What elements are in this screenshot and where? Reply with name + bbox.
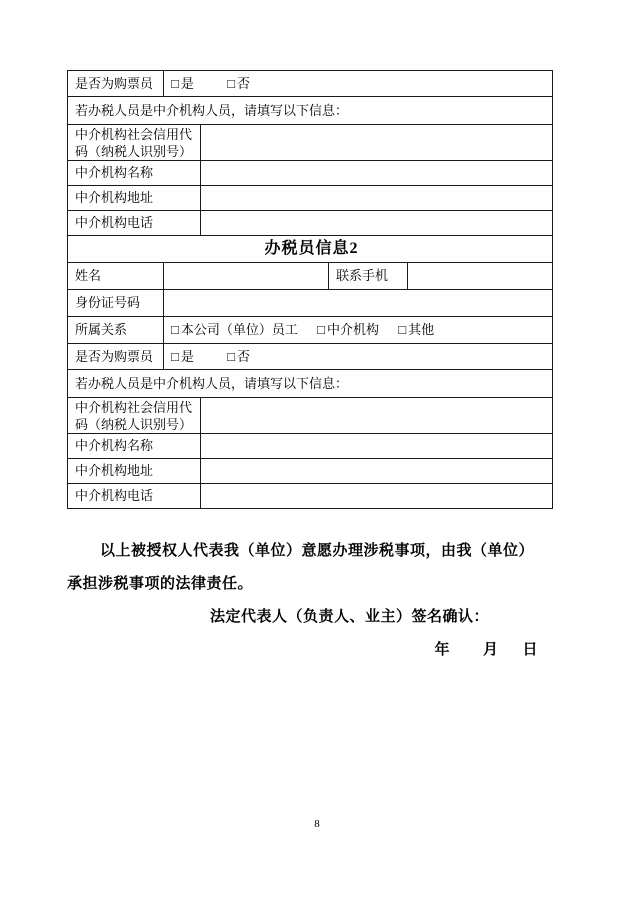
table-row: 姓名 联系手机 [68, 263, 553, 290]
mobile-input[interactable] [408, 263, 553, 290]
ticket-buyer-option-no[interactable]: □否 [227, 76, 250, 92]
section-title: 办税员信息2 [68, 236, 553, 263]
checkbox-icon[interactable]: □ [171, 322, 179, 337]
table-row: 是否为购票员 □是 □否 [68, 71, 553, 97]
table-row: 中介机构地址 [68, 186, 553, 211]
agency-address-label: 中介机构地址 [68, 459, 201, 484]
table-row: 中介机构名称 [68, 161, 553, 186]
agency-phone-input[interactable] [201, 211, 553, 236]
ticket-buyer-options-cell: □是 □否 [164, 71, 553, 97]
option-label: 其他 [408, 322, 434, 337]
table-row: 若办税人员是中介机构人员，请填写以下信息： [68, 97, 553, 125]
checkbox-icon[interactable]: □ [171, 349, 179, 364]
table-row: 中介机构电话 [68, 484, 553, 509]
ticket-buyer-option-yes[interactable]: □是 [171, 349, 194, 365]
agency-address-label: 中介机构地址 [68, 186, 201, 211]
table-row: 所属关系 □本公司（单位）员工 □中介机构 □其他 [68, 317, 553, 344]
agency-name-label: 中介机构名称 [68, 161, 201, 186]
option-label: 是 [181, 349, 194, 364]
table-row: 中介机构社会信用代码（纳税人识别号） [68, 125, 553, 161]
id-number-input[interactable] [164, 290, 553, 317]
name-input[interactable] [164, 263, 329, 290]
ticket-buyer-option-no[interactable]: □否 [227, 349, 250, 365]
agency-phone-label: 中介机构电话 [68, 211, 201, 236]
declaration-text-line2: 承担涉税事项的法律责任。 [67, 568, 552, 601]
table-row: 若办税人员是中介机构人员，请填写以下信息： [68, 370, 553, 398]
option-label: 否 [237, 349, 250, 364]
page-number: 8 [0, 818, 634, 830]
table-row: 中介机构名称 [68, 434, 553, 459]
option-label: 否 [237, 76, 250, 91]
relationship-options-cell: □本公司（单位）员工 □中介机构 □其他 [164, 317, 553, 344]
agency-name-input[interactable] [201, 161, 553, 186]
agency-name-label: 中介机构名称 [68, 434, 201, 459]
date-month-label: 月 [483, 642, 499, 658]
relationship-option-employee[interactable]: □本公司（单位）员工 [171, 322, 298, 338]
ticket-buyer-label: 是否为购票员 [68, 71, 164, 97]
agency-phone-label: 中介机构电话 [68, 484, 201, 509]
table-row: 办税员信息2 [68, 236, 553, 263]
ticket-buyer-options-cell: □是 □否 [164, 344, 553, 370]
agency-address-input[interactable] [201, 459, 553, 484]
agency-note: 若办税人员是中介机构人员，请填写以下信息： [68, 370, 553, 398]
mobile-label: 联系手机 [329, 263, 408, 290]
page-content: 是否为购票员 □是 □否 若办税人员是中介机构人员，请填写以下信息： 中介机构社… [67, 70, 552, 667]
table-row: 中介机构社会信用代码（纳税人识别号） [68, 398, 553, 434]
document-page: 是否为购票员 □是 □否 若办税人员是中介机构人员，请填写以下信息： 中介机构社… [0, 0, 634, 898]
declaration-text-line1: 以上被授权人代表我（单位）意愿办理涉税事项，由我（单位） [67, 535, 552, 568]
date-day-label: 日 [522, 642, 538, 658]
agency-credit-code-input[interactable] [201, 125, 553, 161]
date-year-label: 年 [434, 642, 450, 658]
agency-address-input[interactable] [201, 186, 553, 211]
checkbox-icon[interactable]: □ [227, 76, 235, 91]
name-label: 姓名 [68, 263, 164, 290]
agency-phone-input[interactable] [201, 484, 553, 509]
checkbox-icon[interactable]: □ [398, 322, 406, 337]
date-line: 年月日 [67, 634, 552, 667]
checkbox-icon[interactable]: □ [171, 76, 179, 91]
ticket-buyer-option-yes[interactable]: □是 [171, 76, 194, 92]
id-number-label: 身份证号码 [68, 290, 164, 317]
option-label: 本公司（单位）员工 [181, 322, 298, 337]
ticket-buyer-label: 是否为购票员 [68, 344, 164, 370]
signature-confirm-label: 法定代表人（负责人、业主）签名确认： [67, 601, 552, 634]
agency-name-input[interactable] [201, 434, 553, 459]
checkbox-icon[interactable]: □ [227, 349, 235, 364]
table-row: 是否为购票员 □是 □否 [68, 344, 553, 370]
checkbox-icon[interactable]: □ [317, 322, 325, 337]
table-row: 中介机构电话 [68, 211, 553, 236]
relationship-option-agency[interactable]: □中介机构 [317, 322, 379, 338]
relationship-option-other[interactable]: □其他 [398, 322, 434, 338]
agency-note: 若办税人员是中介机构人员，请填写以下信息： [68, 97, 553, 125]
declaration-block: 以上被授权人代表我（单位）意愿办理涉税事项，由我（单位） 承担涉税事项的法律责任… [67, 535, 552, 667]
agency-credit-code-input[interactable] [201, 398, 553, 434]
table-row: 中介机构地址 [68, 459, 553, 484]
option-label: 是 [181, 76, 194, 91]
agency-credit-code-label: 中介机构社会信用代码（纳税人识别号） [68, 125, 201, 161]
option-label: 中介机构 [327, 322, 379, 337]
table-row: 身份证号码 [68, 290, 553, 317]
agency-credit-code-label: 中介机构社会信用代码（纳税人识别号） [68, 398, 201, 434]
tax-clerk-form-table: 是否为购票员 □是 □否 若办税人员是中介机构人员，请填写以下信息： 中介机构社… [67, 70, 553, 509]
relationship-label: 所属关系 [68, 317, 164, 344]
